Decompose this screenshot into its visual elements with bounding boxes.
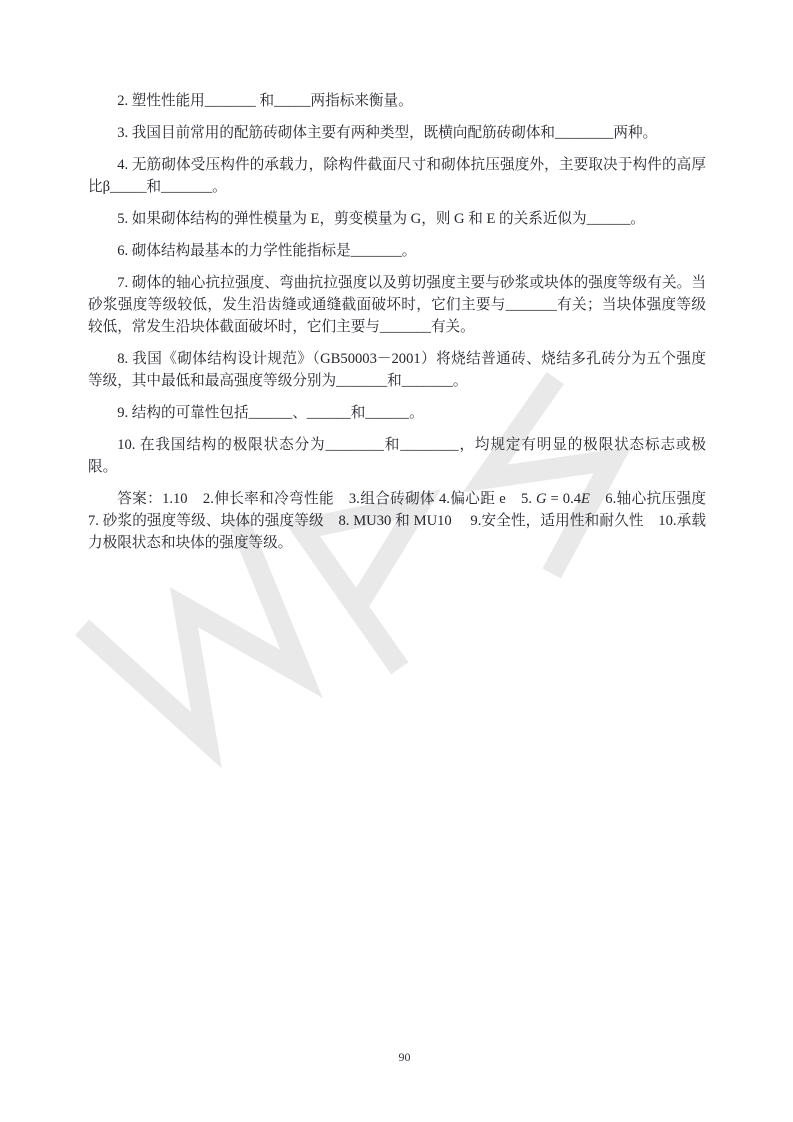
page-number: 90 [0, 1050, 793, 1065]
page-content: 2. 塑性性能用_______ 和_____两指标来衡量。 3. 我国目前常用的… [88, 90, 706, 564]
document-page: 2. 塑性性能用_______ 和_____两指标来衡量。 3. 我国目前常用的… [0, 0, 793, 1122]
answers-paragraph: 答案：1.10 2.伸长率和冷弯性能 3.组合砖砌体 4.偏心距 e 5. G … [88, 488, 706, 554]
question-6: 6. 砌体结构最基本的力学性能指标是_______。 [88, 240, 706, 262]
question-3: 3. 我国目前常用的配筋砖砌体主要有两种类型，既横向配筋砖砌体和________… [88, 122, 706, 144]
question-8: 8. 我国《砌体结构设计规范》（GB50003－2001）将烧结普通砖、烧结多孔… [88, 348, 706, 392]
question-2: 2. 塑性性能用_______ 和_____两指标来衡量。 [88, 90, 706, 112]
question-9: 9. 结构的可靠性包括______、______和______。 [88, 402, 706, 424]
question-7: 7. 砌体的轴心抗拉强度、弯曲抗拉强度以及剪切强度主要与砂浆或块体的强度等级有关… [88, 272, 706, 338]
question-5: 5. 如果砌体结构的弹性模量为 E，剪变模量为 G，则 G 和 E 的关系近似为… [88, 208, 706, 230]
question-10: 10. 在我国结构的极限状态分为________和________，均规定有明显… [88, 434, 706, 478]
question-4: 4. 无筋砌体受压构件的承载力，除构件截面尺寸和砌体抗压强度外，主要取决于构件的… [88, 154, 706, 198]
